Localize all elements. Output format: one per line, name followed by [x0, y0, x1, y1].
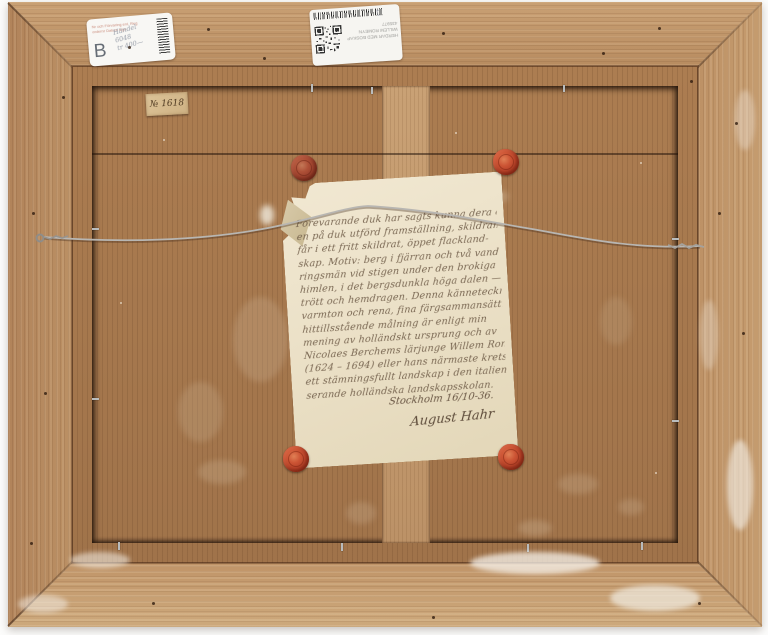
wormhole: [432, 616, 435, 619]
staple: [371, 87, 373, 94]
panel-joint-seam: [92, 153, 678, 155]
inventory-barcode-label: HERDAR MED BOSKAP WILLEM ROMEYN 435977 1: [309, 4, 403, 66]
inventory-number-text: № 1618: [150, 98, 185, 110]
paint-smudge: [727, 440, 753, 530]
staple: [311, 84, 313, 92]
dust-speck: [455, 132, 457, 134]
panel-scuff: [558, 474, 598, 494]
label-text-upside-down: HERDAR MED BOSKAP WILLEM ROMEYN 435977: [345, 19, 398, 41]
staple: [672, 420, 679, 422]
panel-scuff: [600, 297, 632, 345]
wormhole: [698, 602, 701, 605]
photo-of-painting-back: Förevarande duk har sagts kunna dera om …: [0, 0, 768, 635]
panel-scuff: [198, 460, 246, 484]
wormhole: [152, 602, 155, 605]
paint-smudge: [700, 300, 718, 370]
wormhole: [442, 32, 445, 35]
staple: [672, 238, 679, 240]
vertical-barcode: [156, 18, 170, 55]
staple: [118, 542, 120, 550]
wormhole: [602, 52, 605, 55]
panel-scuff: [518, 520, 552, 536]
wax-seal-bottom-left: [283, 446, 309, 472]
wormhole: [207, 28, 210, 31]
wormhole: [263, 57, 266, 60]
paint-smudge: [70, 552, 130, 568]
paint-smudge: [610, 585, 700, 611]
panel-scuff: [346, 502, 376, 524]
wormhole: [44, 392, 47, 395]
paint-smudge: [735, 90, 755, 150]
wormhole: [30, 542, 33, 545]
wormhole: [62, 96, 65, 99]
dust-speck: [640, 162, 642, 164]
letter-body: Förevarande duk har sagts kunna dera om …: [295, 206, 507, 403]
qr-code: [314, 25, 343, 54]
barcode-strip: [313, 8, 383, 20]
wax-seal-bottom-right: [498, 444, 524, 470]
staple: [641, 542, 643, 550]
staple: [341, 543, 343, 551]
expert-letter: Förevarande duk har sagts kunna dera om …: [280, 171, 519, 468]
wormhole: [690, 80, 693, 83]
wormhole: [735, 122, 738, 125]
inventory-number-label: № 1618: [145, 92, 188, 116]
label-letter-b: B: [93, 40, 108, 63]
wax-seal-top-left: [291, 155, 317, 181]
panel-scuff: [618, 499, 644, 515]
paint-smudge: [18, 595, 68, 613]
panel-scuff: [178, 382, 223, 442]
label-mark: 1: [374, 8, 380, 18]
staple: [92, 398, 99, 400]
wormhole: [718, 212, 721, 215]
auction-house-label: Nr och Förvaring enl. Reg ordernr Datum …: [86, 12, 176, 66]
panel-scuff: [233, 297, 288, 382]
wormhole: [128, 46, 131, 49]
staple: [563, 85, 565, 92]
dust-speck: [163, 139, 165, 141]
dust-speck: [120, 302, 122, 304]
paint-smudge: [470, 552, 600, 574]
wax-seal-top-right: [493, 149, 519, 175]
wormhole: [32, 212, 35, 215]
staple: [527, 544, 529, 552]
wormhole: [742, 332, 745, 335]
wormhole: [658, 27, 661, 30]
panel-scuff: [260, 205, 274, 225]
staple: [92, 228, 99, 230]
dust-speck: [655, 472, 657, 474]
